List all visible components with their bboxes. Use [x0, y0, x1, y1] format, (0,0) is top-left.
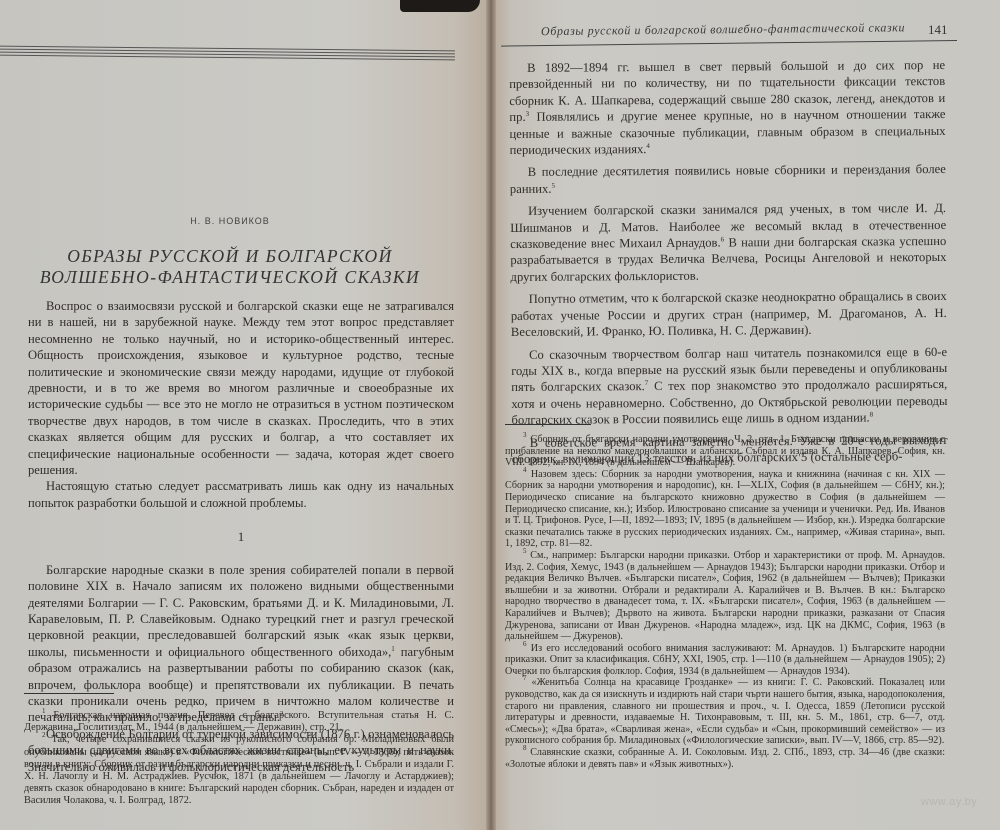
paragraph: В последние десятилетия появились новые … — [510, 161, 946, 197]
left-page: Н. В. НОВИКОВ ОБРАЗЫ РУССКОЙ И БОЛГАРСКО… — [0, 0, 491, 830]
footnote: 8 Славянские сказки, собранные А. И. Сок… — [505, 747, 945, 770]
footnote: 4 Назовем здесь: Сборник за народни умот… — [505, 469, 945, 550]
paragraph: Попутно отметим, что к болгарской сказке… — [511, 288, 947, 340]
footnote: 5 См., например: Български народни прика… — [505, 550, 945, 643]
footnote: 7 «Женитьба Солнца на красавице Грозданк… — [505, 677, 945, 747]
paragraph: Изучением болгарской сказки занимался ря… — [510, 200, 947, 285]
paragraph: Настоящую статью следует рассматривать л… — [28, 478, 454, 511]
section-number: 1 — [28, 529, 454, 545]
footnote-divider — [24, 693, 114, 694]
author-name: Н. В. НОВИКОВ — [0, 216, 460, 226]
footnote-divider — [505, 424, 591, 425]
decorative-rules — [0, 48, 455, 60]
book-spread: Н. В. НОВИКОВ ОБРАЗЫ РУССКОЙ И БОЛГАРСКО… — [0, 0, 1000, 830]
paragraph: В 1892—1894 гг. вышел в свет первый боль… — [509, 57, 946, 158]
running-head: Образы русской и болгарской волшебно-фан… — [541, 20, 941, 39]
footnote: 1 Болгарская народная поэзия. Перевод с … — [24, 710, 454, 734]
paragraph: Со сказочным творчеством болгар наш чита… — [511, 343, 948, 428]
footnote: 3 Сборник от бъягарски народни умотворен… — [505, 434, 945, 469]
watermark: www.ay.by — [921, 796, 977, 808]
header-rule — [501, 40, 957, 47]
right-body-text: В 1892—1894 гг. вышел в свет первый боль… — [509, 57, 948, 467]
right-page: Образы русской и болгарской волшебно-фан… — [491, 0, 1000, 830]
book-cover-edge — [400, 0, 480, 12]
left-body-text: Воспрос о взаимосвязи русской и болгарск… — [28, 298, 454, 775]
footnote: 2 Так, четыре сохранившиеся сказки из ру… — [24, 734, 454, 807]
right-footnotes: 3 Сборник от бъягарски народни умотворен… — [505, 434, 945, 770]
title-line-1: ОБРАЗЫ РУССКОЙ И БОЛГАРСКОЙ — [0, 246, 460, 267]
paragraph: Болгарские народные сказки в поле зрения… — [28, 562, 454, 726]
page-number: 141 — [928, 22, 948, 38]
left-footnotes: 1 Болгарская народная поэзия. Перевод с … — [24, 710, 454, 808]
footnote: 6 Из его исследований особого внимания з… — [505, 643, 945, 678]
paragraph: Воспрос о взаимосвязи русской и болгарск… — [28, 298, 454, 478]
article-title: ОБРАЗЫ РУССКОЙ И БОЛГАРСКОЙ ВОЛШЕБНО-ФАН… — [0, 246, 460, 288]
title-line-2: ВОЛШЕБНО-ФАНТАСТИЧЕСКОЙ СКАЗКИ — [0, 267, 460, 288]
book-spine — [486, 0, 496, 830]
